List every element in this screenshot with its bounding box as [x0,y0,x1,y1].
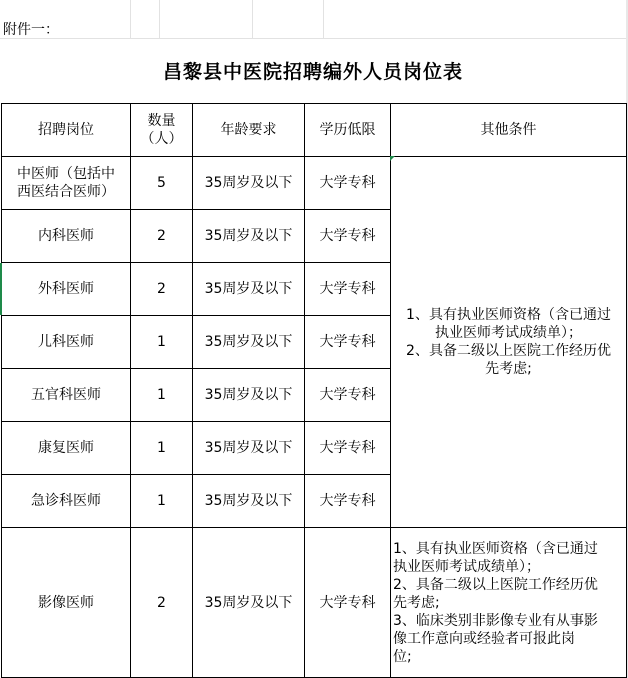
cell-education[interactable]: 大学专科 [305,263,391,316]
header-quantity-line2: （人） [131,130,192,148]
cell-education[interactable]: 大学专科 [305,528,391,678]
condition-line: 位; [393,648,624,666]
cell-quantity[interactable]: 1 [131,316,193,369]
cell-quantity[interactable]: 2 [131,528,193,678]
condition-line: 2、具备二级以上医院工作经历优 [393,342,624,360]
cell-age[interactable]: 35周岁及以下 [193,316,305,369]
table-row: 中医师（包括中 西医结合医师） 5 35周岁及以下 大学专科 1、具有执业医师资… [2,157,627,210]
position-line2: 西医结合医师） [2,183,130,201]
cell-age[interactable]: 35周岁及以下 [193,210,305,263]
gridline [130,0,131,38]
page-title[interactable]: 昌黎县中医院招聘编外人员岗位表 [0,38,626,103]
cell-age[interactable]: 35周岁及以下 [193,263,305,316]
cell-position[interactable]: 儿科医师 [2,316,131,369]
cell-quantity[interactable]: 2 [131,210,193,263]
header-quantity[interactable]: 数量 （人） [131,104,193,157]
cell-age[interactable]: 35周岁及以下 [193,422,305,475]
cell-position[interactable]: 内科医师 [2,210,131,263]
header-age[interactable]: 年龄要求 [193,104,305,157]
cell-conditions-imaging[interactable]: 1、具有执业医师资格（含已通过 执业医师考试成绩单）； 2、具备二级以上医院工作… [391,528,627,678]
cell-position[interactable]: 影像医师 [2,528,131,678]
cell-position[interactable]: 外科医师 [2,263,131,316]
condition-line: 先考虑; [393,360,624,378]
condition-line: 像工作意向或经验者可报此岗 [393,630,624,648]
header-position[interactable]: 招聘岗位 [2,104,131,157]
cell-age[interactable]: 35周岁及以下 [193,475,305,528]
comment-indicator-icon [390,156,395,161]
gridline [323,0,324,38]
condition-line: 1、具有执业医师资格（含已通过 [393,306,624,324]
cell-conditions-general[interactable]: 1、具有执业医师资格（含已通过 执业医师考试成绩单）； 2、具备二级以上医院工作… [391,157,627,528]
cell-age[interactable]: 35周岁及以下 [193,528,305,678]
gridline [252,0,253,38]
cell-education[interactable]: 大学专科 [305,316,391,369]
cell-education[interactable]: 大学专科 [305,369,391,422]
position-line1: 中医师（包括中 [2,165,130,183]
cell-quantity[interactable]: 1 [131,369,193,422]
cell-position[interactable]: 中医师（包括中 西医结合医师） [2,157,131,210]
cell-age[interactable]: 35周岁及以下 [193,157,305,210]
table-row: 影像医师 2 35周岁及以下 大学专科 1、具有执业医师资格（含已通过 执业医师… [2,528,627,678]
header-other[interactable]: 其他条件 [391,104,627,157]
spreadsheet: 附件一： 昌黎县中医院招聘编外人员岗位表 招聘岗位 数量 （人） 年龄要求 学历… [0,0,628,678]
condition-line: 2、具备二级以上医院工作经历优 [393,576,624,594]
condition-line: 1、具有执业医师资格（含已通过 [393,540,624,558]
condition-line: 执业医师考试成绩单）； [393,324,624,342]
header-quantity-line1: 数量 [131,112,192,130]
cell-education[interactable]: 大学专科 [305,422,391,475]
row-selection-indicator [0,263,2,315]
condition-line: 先考虑; [393,594,624,612]
cell-quantity[interactable]: 2 [131,263,193,316]
cell-position[interactable]: 急诊科医师 [2,475,131,528]
cell-quantity[interactable]: 1 [131,422,193,475]
cell-quantity[interactable]: 5 [131,157,193,210]
header-education[interactable]: 学历低限 [305,104,391,157]
cell-position[interactable]: 五官科医师 [2,369,131,422]
cell-position[interactable]: 康复医师 [2,422,131,475]
condition-line: 3、临床类别非影像专业有从事影 [393,612,624,630]
attachment-label[interactable]: 附件一： [3,22,59,38]
cell-education[interactable]: 大学专科 [305,210,391,263]
cell-education[interactable]: 大学专科 [305,157,391,210]
header-row: 招聘岗位 数量 （人） 年龄要求 学历低限 其他条件 [2,104,627,157]
positions-table: 招聘岗位 数量 （人） 年龄要求 学历低限 其他条件 中医师（包括中 西医结合医… [1,103,627,678]
cell-quantity[interactable]: 1 [131,475,193,528]
condition-line: 执业医师考试成绩单）； [393,558,624,576]
cell-age[interactable]: 35周岁及以下 [193,369,305,422]
cell-education[interactable]: 大学专科 [305,475,391,528]
gridline [159,0,160,38]
